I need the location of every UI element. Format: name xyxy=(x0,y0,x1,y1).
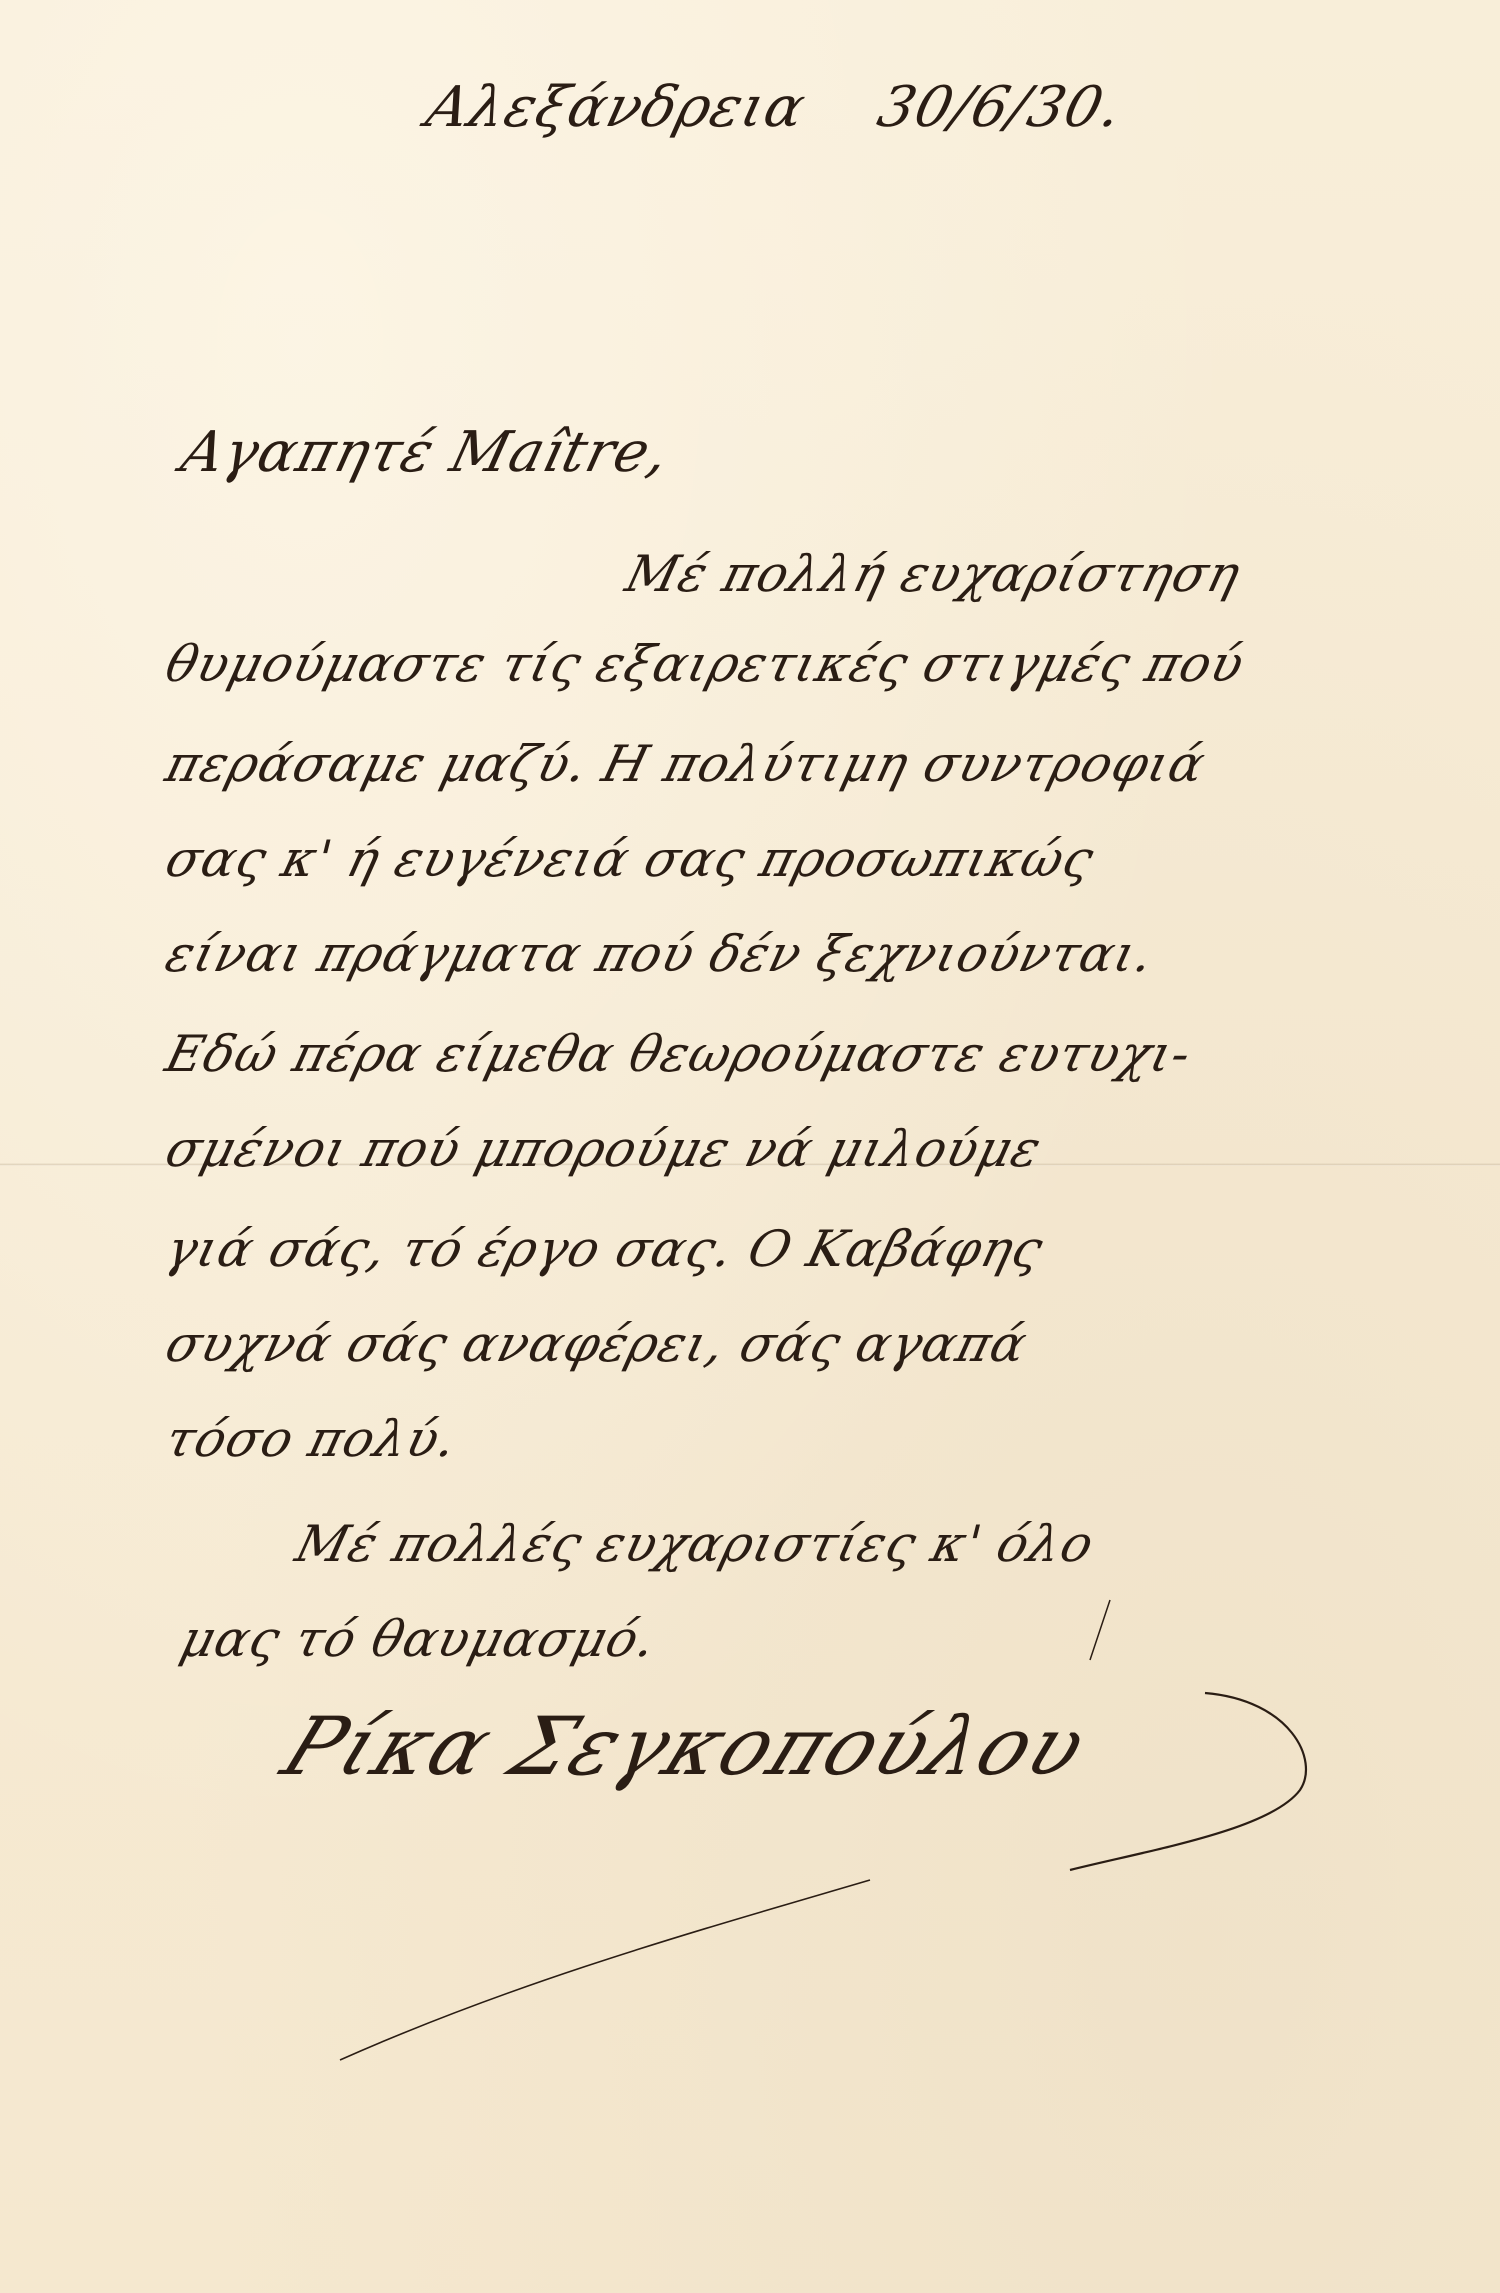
signature: Ρίκα Σεγκοπούλου xyxy=(270,1700,1101,1793)
body-line: Εδώ πέρα είμεθα θεωρούμαστε ευτυχι- xyxy=(160,1025,1197,1083)
closing-line: Μέ πολλές ευχαριστίες κ' όλο xyxy=(290,1515,1100,1573)
body-line: περάσαμε μαζύ. Η πολύτιμη συντροφιά xyxy=(160,735,1212,793)
body-line: Μέ πολλή ευχαρίστηση xyxy=(620,545,1247,603)
letter-header: Αλεξάνδρεια 30/6/30. xyxy=(420,75,1129,140)
body-line: σμένοι πού μπορούμε νά μιλούμε xyxy=(160,1120,1047,1178)
letter-page: Αλεξάνδρεια 30/6/30. Αγαπητέ Maître, Μέ … xyxy=(0,0,1500,2293)
body-line: είναι πράγματα πού δέν ξεχνιούνται. xyxy=(160,925,1160,983)
salutation: Αγαπητέ Maître, xyxy=(175,420,676,485)
letter-place: Αλεξάνδρεια xyxy=(420,75,812,140)
body-line: γιά σάς, τό έργο σας. Ο Καβάφης xyxy=(160,1220,1049,1278)
body-line: θυμούμαστε τίς εξαιρετικές στιγμές πού xyxy=(160,635,1251,693)
closing-line: μας τό θαυμασμό. xyxy=(175,1610,662,1668)
body-line: τόσο πολύ. xyxy=(160,1410,463,1468)
body-line: συχνά σάς αναφέρει, σάς αγαπά xyxy=(160,1315,1033,1373)
body-line: σας κ' ή ευγένειά σας προσωπικώς xyxy=(160,830,1100,888)
letter-date: 30/6/30. xyxy=(871,75,1129,140)
